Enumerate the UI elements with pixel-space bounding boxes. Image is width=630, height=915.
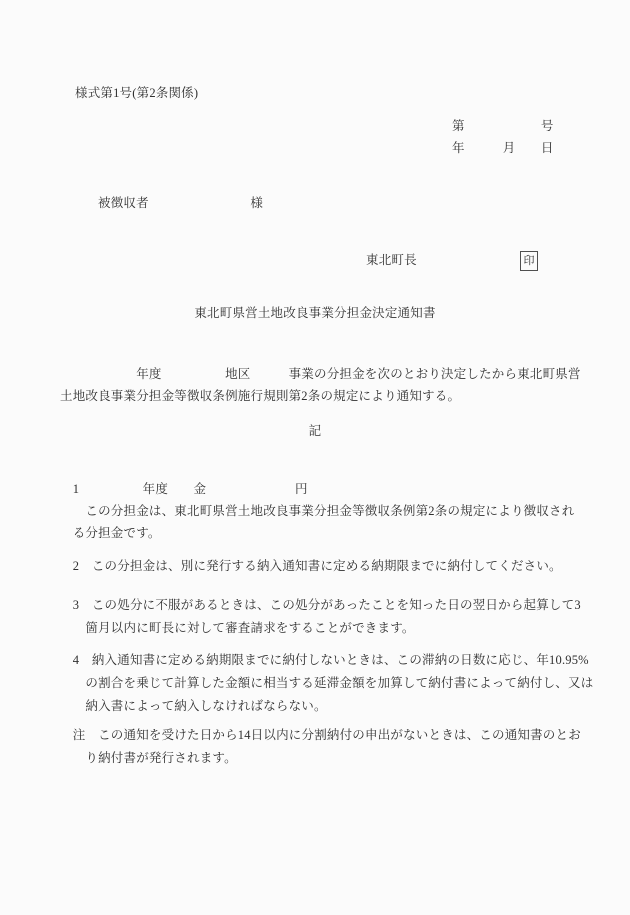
recipient-line: 被徴収者 様 — [98, 196, 263, 211]
item-1-line: 1 年度 金 円 — [60, 478, 574, 500]
ki-heading: 記 — [0, 424, 630, 439]
item-4-line: の割合を乗じて計算した金額に相当する延滞金額を加算して納付書によって納付し、又は — [60, 672, 593, 695]
item-3-line: 箇月以内に町長に対して審査請求をすることができます。 — [60, 617, 581, 640]
item-2-line: 2 この分担金は、別に発行する納入通知書に定める納期限までに納付してください。 — [60, 555, 562, 577]
seal-mark-icon: 印 — [524, 255, 535, 267]
item-3-paragraph: 3 この処分に不服があるときは、この処分があったことを知った日の翌日から起算して… — [60, 594, 581, 640]
seal-box: 印 — [520, 251, 538, 271]
document-number-line: 第 号 — [452, 119, 554, 134]
document-title: 東北町県営土地改良事業分担金決定通知書 — [0, 306, 630, 321]
intro-line: 土地改良事業分担金等徴収条例施行規則第2条の規定により通知する。 — [60, 385, 581, 407]
item-1-line: る分担金です。 — [60, 522, 574, 544]
item-4-line: 4 納入通知書に定める納期限までに納付しないときは、この滞納の日数に応じ、年10… — [60, 649, 593, 672]
item-1-paragraph: 1 年度 金 円 この分担金は、東北町県営土地改良事業分担金等徴収条例第2条の規… — [60, 478, 574, 544]
issuer-name: 東北町長 — [366, 253, 417, 268]
item-4-line: 納入書によって納入しなければならない。 — [60, 695, 593, 718]
note-line: 注 この通知を受けた日から14日以内に分割納付の申出がないときは、この通知書のと… — [60, 724, 581, 747]
note-paragraph: 注 この通知を受けた日から14日以内に分割納付の申出がないときは、この通知書のと… — [60, 724, 581, 770]
intro-paragraph: 年度 地区 事業の分担金を次のとおり決定したから東北町県営 土地改良事業分担金等… — [60, 363, 581, 407]
intro-line: 年度 地区 事業の分担金を次のとおり決定したから東北町県営 — [60, 363, 581, 385]
item-1-line: この分担金は、東北町県営土地改良事業分担金等徴収条例第2条の規定により徴収され — [60, 500, 574, 522]
item-4-paragraph: 4 納入通知書に定める納期限までに納付しないときは、この滞納の日数に応じ、年10… — [60, 649, 593, 718]
item-2-paragraph: 2 この分担金は、別に発行する納入通知書に定める納期限までに納付してください。 — [60, 555, 562, 577]
document-page: 様式第1号(第2条関係) 第 号 年 月 日 被徴収者 様 東北町長 印 東北町… — [0, 0, 630, 915]
document-date-line: 年 月 日 — [452, 141, 554, 156]
item-3-line: 3 この処分に不服があるときは、この処分があったことを知った日の翌日から起算して… — [60, 594, 581, 617]
form-label: 様式第1号(第2条関係) — [75, 86, 198, 101]
note-line: り納付書が発行されます。 — [60, 747, 581, 770]
